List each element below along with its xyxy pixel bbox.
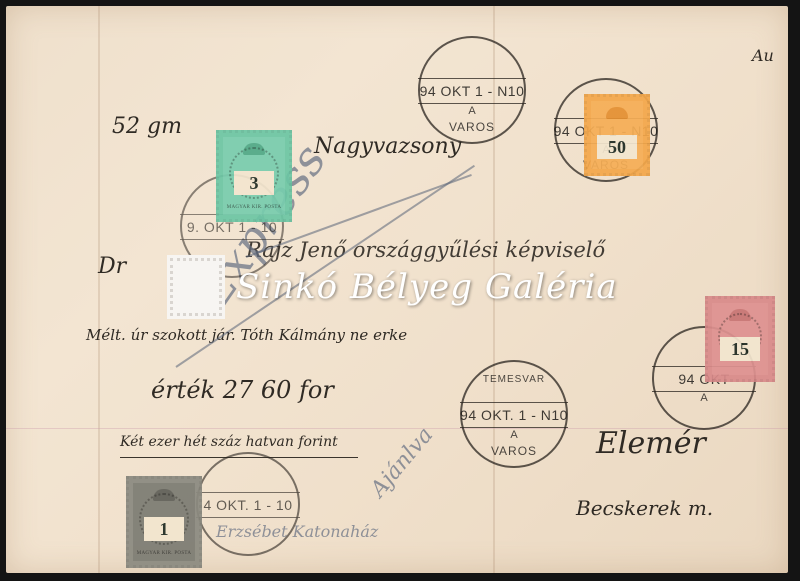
reference-note: 52 gm bbox=[112, 114, 182, 139]
watermark: Sinkó Bélyeg Galéria bbox=[170, 258, 618, 316]
watermark-text: Sinkó Bélyeg Galéria bbox=[236, 267, 618, 307]
salutation: Dr bbox=[98, 254, 126, 279]
postmark: 4 OKT. 1 - 10 bbox=[196, 452, 300, 556]
fold-line bbox=[98, 6, 100, 573]
stamp-logo-icon bbox=[170, 258, 222, 316]
place-name: Nagyvazsony bbox=[314, 134, 461, 159]
address-line: Mélt. úr szokott jár. Tóth Kálmány ne er… bbox=[86, 326, 407, 344]
value-in-words: Két ezer hét száz hatvan forint bbox=[120, 434, 338, 450]
stamp-3-kreuzer: 3 MAGYAR KIR. POSTA bbox=[216, 130, 292, 222]
stamp-50-kreuzer: 50 bbox=[584, 94, 650, 176]
corner-note: Au bbox=[752, 46, 774, 65]
county: Becskerek m. bbox=[576, 496, 713, 520]
stamp-1-kreuzer: 1 MAGYAR KIR. POSTA bbox=[126, 476, 202, 568]
postmark-temesvar: TEMESVAR 94 OKT. 1 - N10 A VAROS bbox=[460, 360, 568, 468]
postmark: 94 OKT 1 - N10 A VAROS bbox=[418, 36, 526, 144]
declared-value: érték 27 60 for bbox=[151, 376, 334, 404]
stamp-15-kreuzer: 15 bbox=[705, 296, 775, 382]
pencil-diagonal: Ajánlva bbox=[366, 423, 438, 502]
destination: Elemér bbox=[596, 426, 706, 461]
